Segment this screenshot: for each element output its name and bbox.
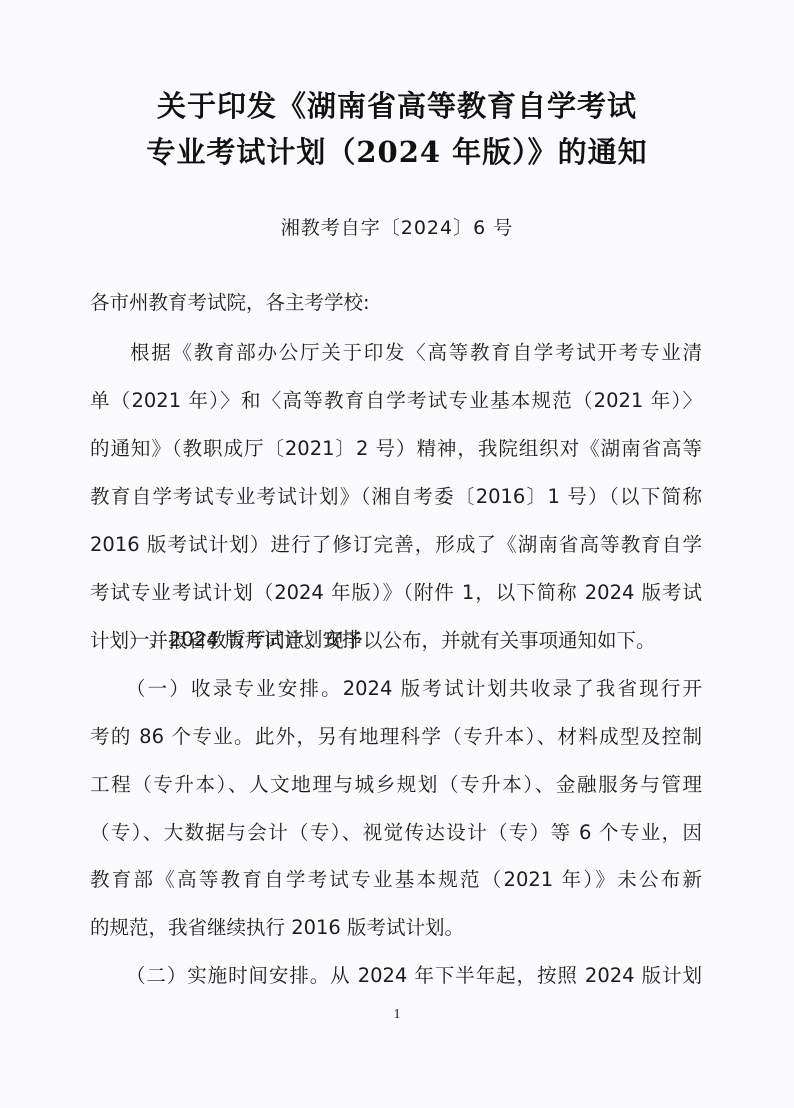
subsection-line: （二）实施时间安排。从 2024 年下半年起，按照 2024 版计划 [126, 960, 702, 988]
subsection-line: 教育部《高等教育自学考试专业基本规范（2021 年）》未公布新 [90, 864, 702, 892]
subsection-line: （专）、大数据与会计（专）、视觉传达设计（专）等 6 个专业，因 [90, 817, 702, 845]
subsection-line: （一）收录专业安排。2024 版考试计划共收录了我省现行开 [126, 673, 702, 701]
subsection-line: 工程（专升本）、人文地理与城乡规划（专升本）、金融服务与管理 [90, 769, 702, 797]
document-title-line-2: 专业考试计划（2024 年版）》的通知 [0, 130, 794, 171]
paragraph-line: 2016 版考试计划）进行了修订完善，形成了《湖南省高等教育自学 [90, 529, 702, 557]
salutation: 各市州教育考试院，各主考学校: [90, 287, 702, 315]
document-number: 湘教考自字〔2024〕6 号 [0, 213, 794, 240]
page-number: 1 [0, 1007, 794, 1023]
paragraph-line: 考试专业考试计划（2024 年版）》（附件 1，以下简称 2024 版考试 [90, 577, 702, 605]
section-heading: 一、2024 版考试计划安排 [130, 624, 361, 652]
paragraph-line: 单（2021 年）〉和〈高等教育自学考试专业基本规范（2021 年）〉 [90, 385, 702, 413]
paragraph-line: 教育自学考试专业考试计划》（湘自考委〔2016〕1 号）（以下简称 [90, 481, 702, 509]
subsection-line: 考的 86 个专业。此外，另有地理科学（专升本）、材料成型及控制 [90, 721, 702, 749]
subsection-line: 的规范，我省继续执行 2016 版考试计划。 [90, 912, 702, 940]
document-title-line-1: 关于印发《湖南省高等教育自学考试 [0, 84, 794, 125]
paragraph-line: 的通知》（教职成厅〔2021〕2 号）精神，我院组织对《湖南省高等 [90, 433, 702, 461]
paragraph-line: 根据《教育部办公厅关于印发〈高等教育自学考试开考专业清 [130, 337, 702, 365]
